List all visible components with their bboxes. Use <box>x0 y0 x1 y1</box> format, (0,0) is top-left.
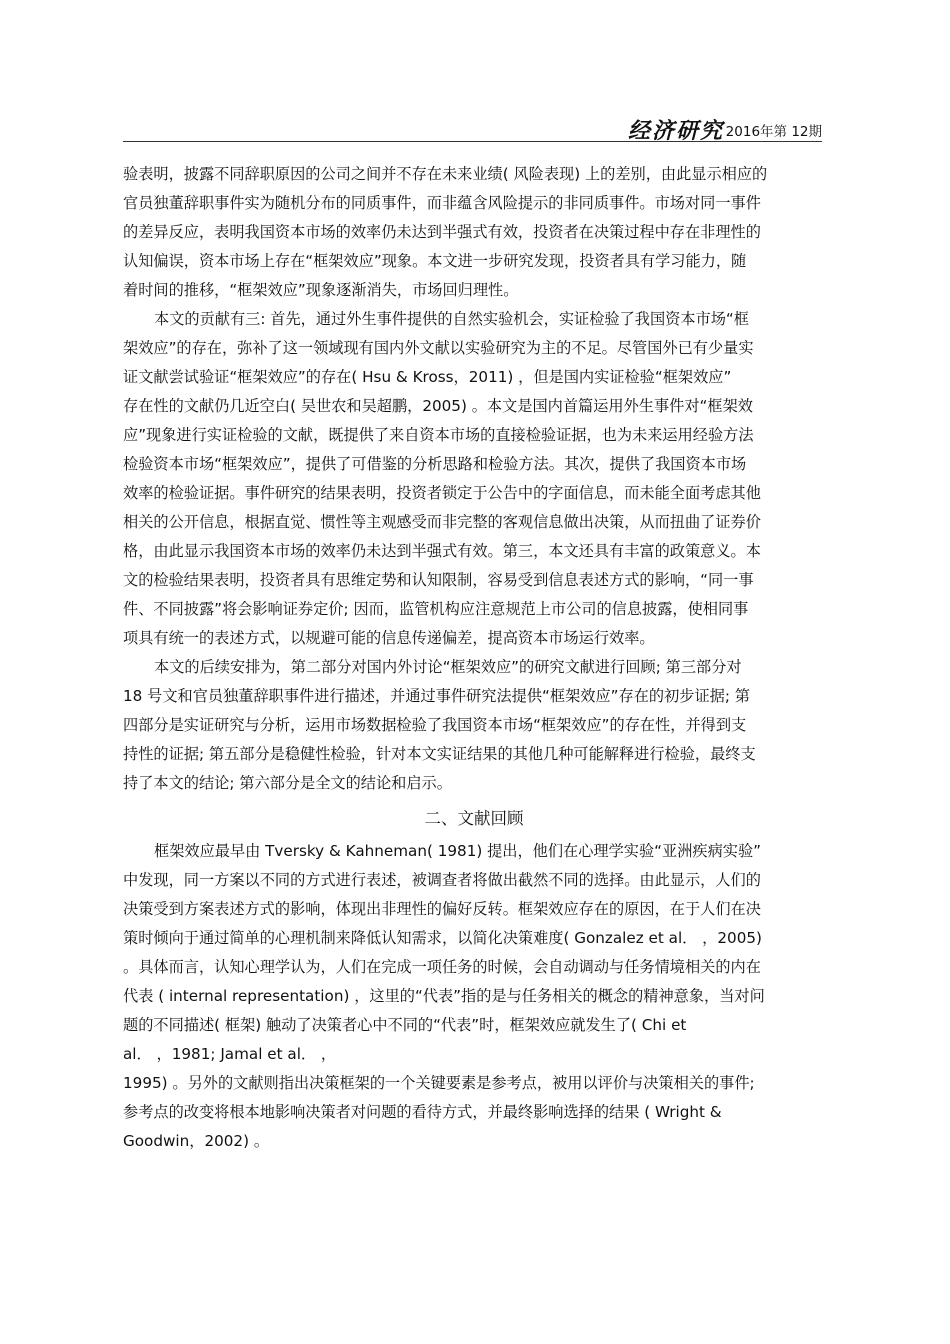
text-line: 文的检验结果表明，投资者具有思维定势和认知限制，容易受到信息表述方式的影响，“同… <box>123 566 835 595</box>
text-line: 1995) 。另外的文献则指出决策框架的一个关键要素是参考点，被用以评价与决策相… <box>123 1069 835 1098</box>
text-line: 项具有统一的表述方式，以规避可能的信息传递偏差，提高资本市场运行效率。 <box>123 624 835 653</box>
text-line: al． ，1981; Jamal et al． ， <box>123 1040 835 1069</box>
header-rule <box>123 141 822 142</box>
text-line: 官员独董辞职事件实为随机分布的同质事件，而非蕴含风险提示的非同质事件。市场对同一… <box>123 189 835 218</box>
text-line: 检验资本市场“框架效应”，提供了可借鉴的分析思路和检验方法。其次，提供了我国资本… <box>123 450 835 479</box>
text-line: 着时间的推移，“框架效应”现象逐渐消失，市场回归理性。 <box>123 276 835 305</box>
text-line: 框架效应最早由 Tversky & Kahneman( 1981) 提出，他们在… <box>123 837 835 866</box>
running-header: 经济研究 2016年第 12期 <box>123 112 822 142</box>
section-heading: 二、文献回顾 <box>123 804 835 833</box>
text-line: 本文的贡献有三: 首先，通过外生事件提供的自然实验机会，实证检验了我国资本市场“… <box>123 305 835 334</box>
paragraph-contributions: 本文的贡献有三: 首先，通过外生事件提供的自然实验机会，实证检验了我国资本市场“… <box>123 305 835 653</box>
text-line: 代表 ( internal representation) ，这里的“代表”指的… <box>123 982 835 1011</box>
text-line: 架效应”的存在，弥补了这一领域现有国内外文献以实验研究为主的不足。尽管国外已有少… <box>123 334 835 363</box>
text-line: 。具体而言，认知心理学认为，人们在完成一项任务的时候，会自动调动与任务情境相关的… <box>123 953 835 982</box>
text-line: 证文献尝试验证“框架效应”的存在( Hsu & Kross，2011) ，但是国… <box>123 363 835 392</box>
text-line: 相关的公开信息，根据直觉、惯性等主观感受而非完整的客观信息做出决策，从而扭曲了证… <box>123 508 835 537</box>
text-line: 题的不同描述( 框架) 触动了决策者心中不同的“代表”时，框架效应就发生了( C… <box>123 1011 835 1040</box>
text-line: 持性的证据; 第五部分是稳健性检验，针对本文实证结果的其他几种可能解释进行检验，… <box>123 740 835 769</box>
text-line: 四部分是实证研究与分析，运用市场数据检验了我国资本市场“框架效应”的存在性，并得… <box>123 711 835 740</box>
issue-number: 2016年第 12期 <box>726 120 822 140</box>
article-body: 验表明，披露不同辞职原因的公司之间并不存在未来业绩( 风险表现) 上的差别，由此… <box>123 160 835 1156</box>
paragraph-findings: 验表明，披露不同辞职原因的公司之间并不存在未来业绩( 风险表现) 上的差别，由此… <box>123 160 835 305</box>
text-line: 参考点的改变将根本地影响决策者对问题的看待方式，并最终影响选择的结果 ( Wri… <box>123 1098 835 1127</box>
paragraph-structure: 本文的后续安排为，第二部分对国内外讨论“框架效应”的研究文献进行回顾; 第三部分… <box>123 653 835 798</box>
text-line: Goodwin，2002) 。 <box>123 1127 835 1156</box>
paragraph-literature-review: 框架效应最早由 Tversky & Kahneman( 1981) 提出，他们在… <box>123 837 835 1156</box>
text-line: 的差异反应，表明我国资本市场的效率仍未达到半强式有效，投资者在决策过程中存在非理… <box>123 218 835 247</box>
text-line: 本文的后续安排为，第二部分对国内外讨论“框架效应”的研究文献进行回顾; 第三部分… <box>123 653 835 682</box>
text-line: 格，由此显示我国资本市场的效率仍未达到半强式有效。第三，本文还具有丰富的政策意义… <box>123 537 835 566</box>
text-line: 存在性的文献仍几近空白( 吴世农和吴超鹏，2005) 。本文是国内首篇运用外生事… <box>123 392 835 421</box>
text-line: 中发现，同一方案以不同的方式进行表述，被调查者将做出截然不同的选择。由此显示，人… <box>123 866 835 895</box>
text-line: 决策受到方案表述方式的影响，体现出非理性的偏好反转。框架效应存在的原因，在于人们… <box>123 895 835 924</box>
text-line: 件、不同披露”将会影响证券定价; 因而，监管机构应注意规范上市公司的信息披露，使… <box>123 595 835 624</box>
text-line: 策时倾向于通过简单的心理机制来降低认知需求，以简化决策难度( Gonzalez … <box>123 924 835 953</box>
text-line: 18 号文和官员独董辞职事件进行描述，并通过事件研究法提供“框架效应”存在的初步… <box>123 682 835 711</box>
text-line: 验表明，披露不同辞职原因的公司之间并不存在未来业绩( 风险表现) 上的差别，由此… <box>123 160 835 189</box>
text-line: 持了本文的结论; 第六部分是全文的结论和启示。 <box>123 769 835 798</box>
text-line: 效率的检验证据。事件研究的结果表明，投资者锁定于公告中的字面信息，而未能全面考虑… <box>123 479 835 508</box>
text-line: 认知偏误，资本市场上存在“框架效应”现象。本文进一步研究发现，投资者具有学习能力… <box>123 247 835 276</box>
text-line: 应”现象进行实证检验的文献，既提供了来自资本市场的直接检验证据，也为未来运用经验… <box>123 421 835 450</box>
